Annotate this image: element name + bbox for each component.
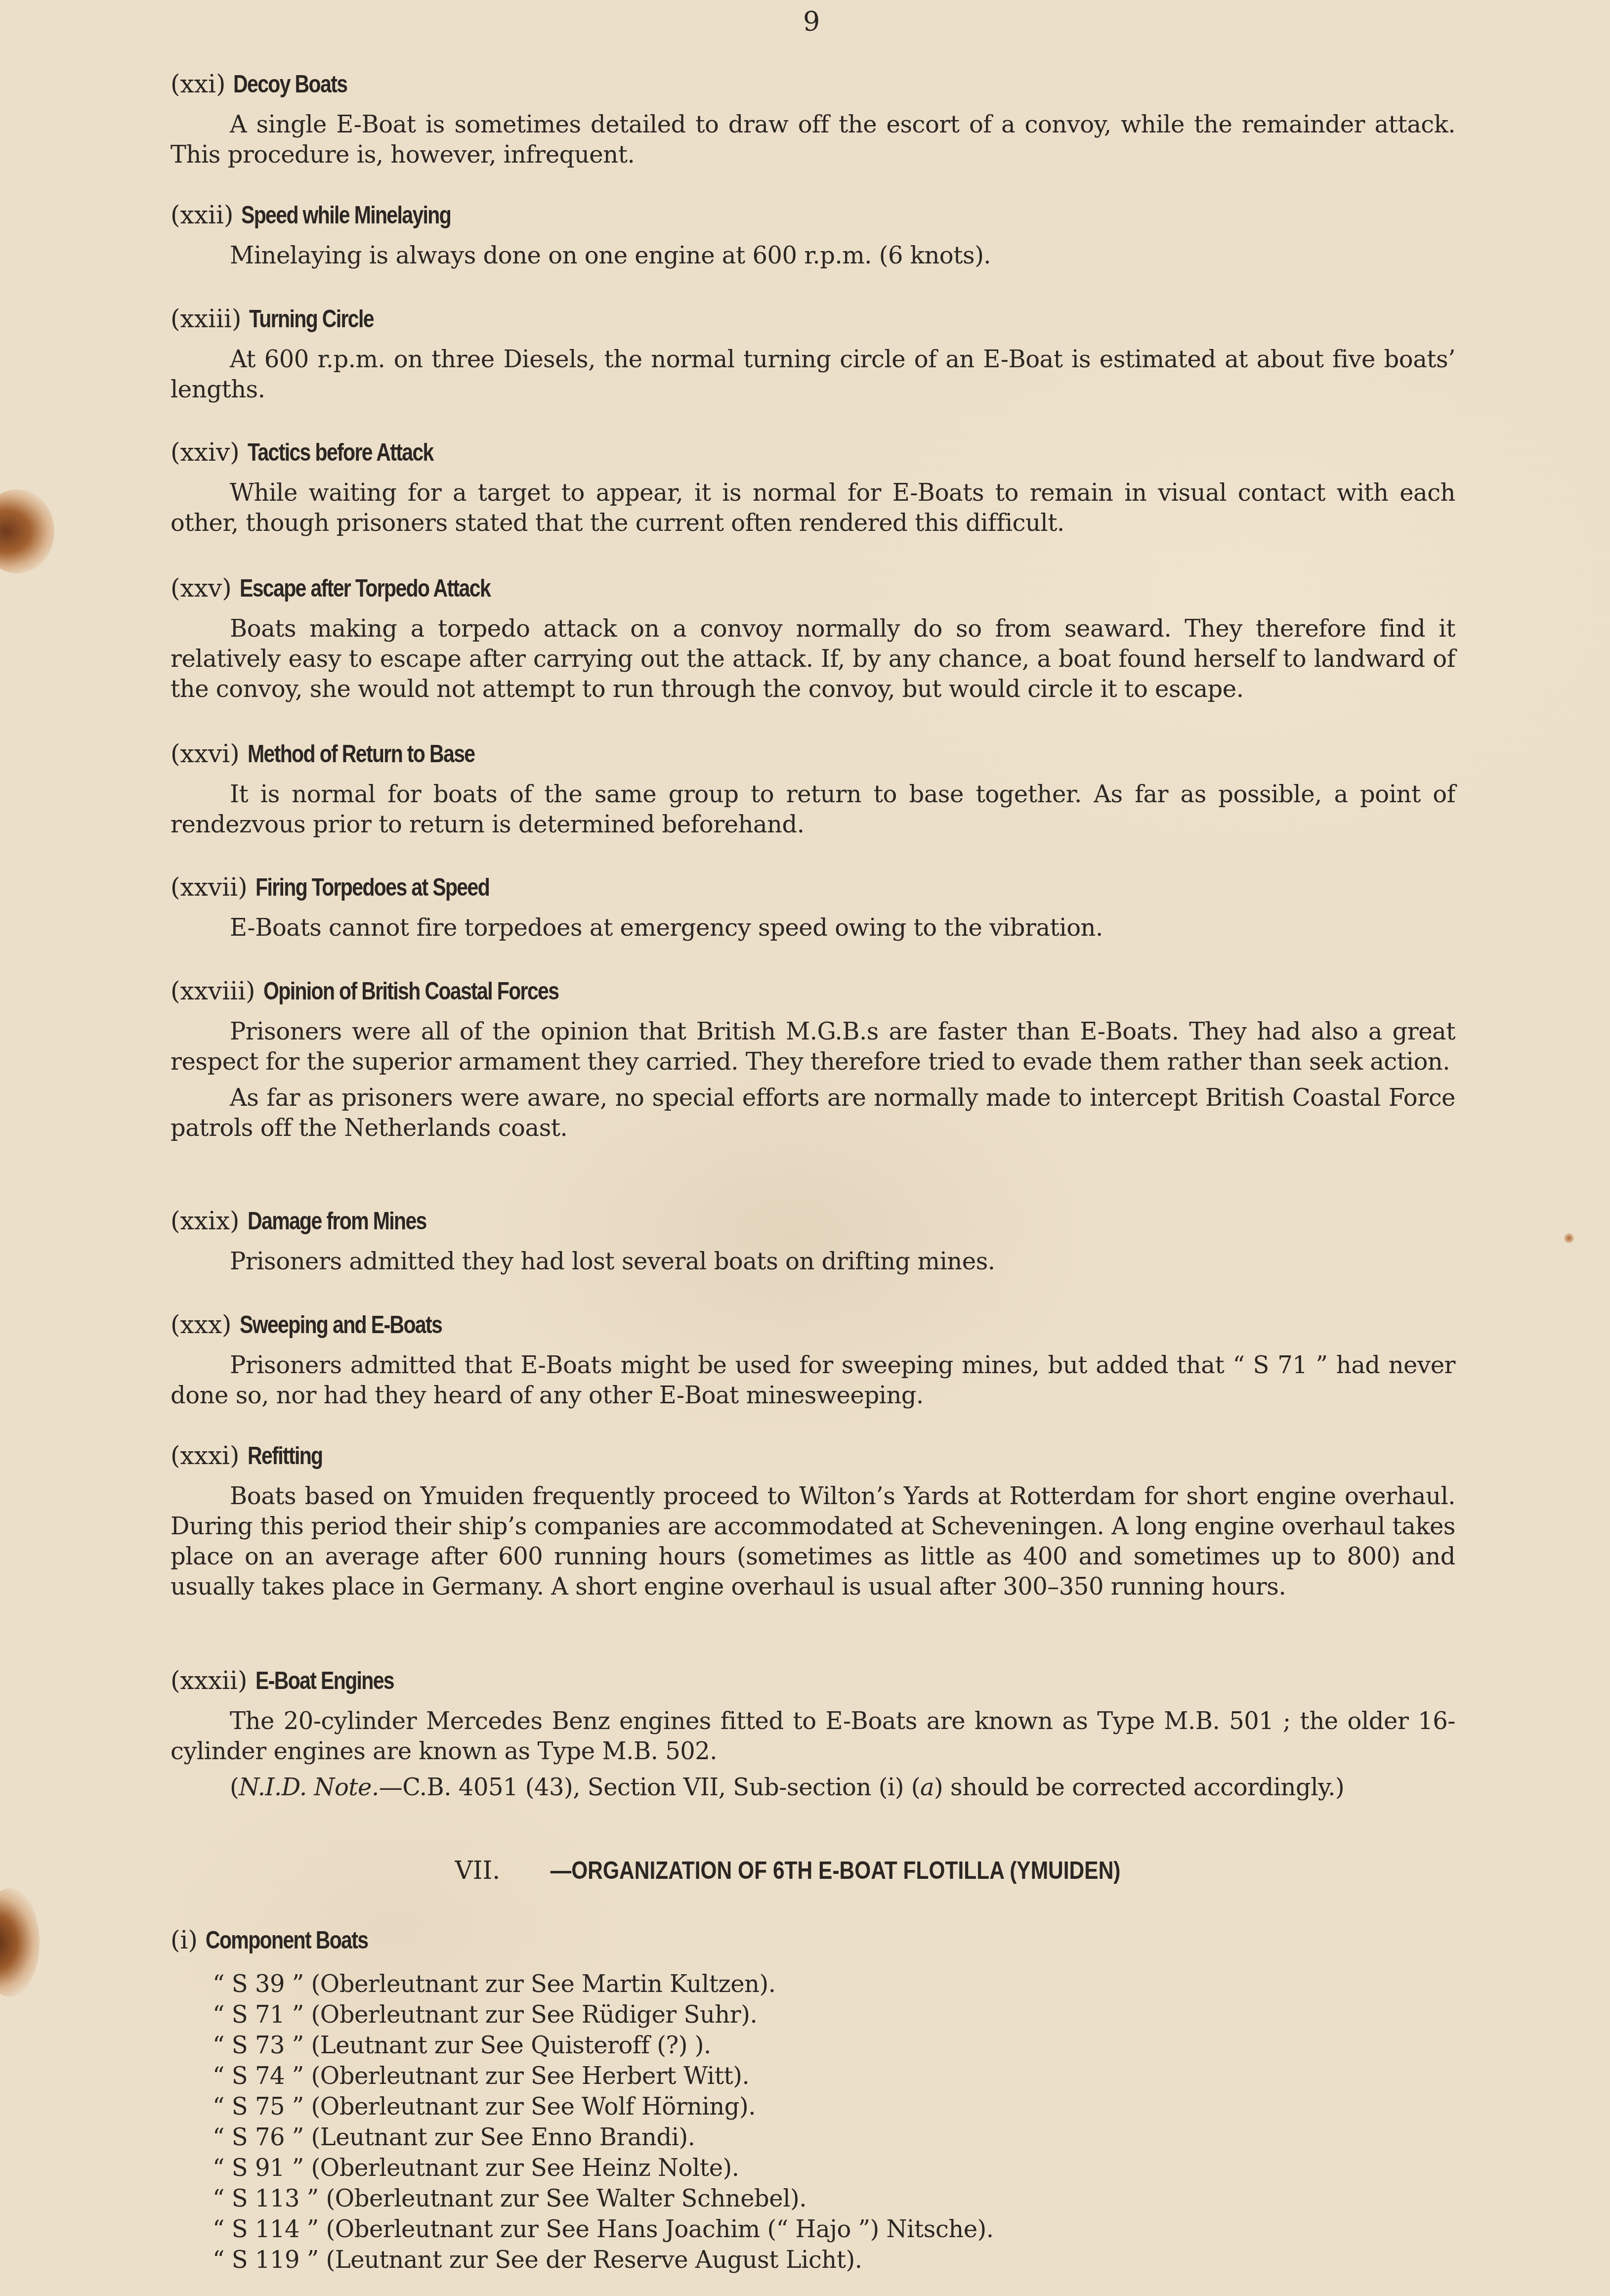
section-heading: (xxvi) Method of Return to Base xyxy=(170,739,1455,769)
section-title: Damage from Mines xyxy=(248,1206,426,1236)
section-decoy-boats: (xxi) Decoy Boats A single E-Boat is som… xyxy=(170,69,1455,170)
section-heading: (xxx) Sweeping and E-Boats xyxy=(170,1310,1455,1340)
section-number: (xxvi) xyxy=(170,739,240,768)
section-heading: (xxix) Damage from Mines xyxy=(170,1206,1455,1236)
list-item: “ S 119 ” (Leutnant zur See der Reserve … xyxy=(212,2245,1455,2275)
section-eboat-engines: (xxxii) E-Boat Engines The 20-cylinder M… xyxy=(170,1666,1455,1803)
paragraph: The 20-cylinder Mercedes Benz engines fi… xyxy=(170,1706,1455,1767)
paragraph: Prisoners admitted that E-Boats might be… xyxy=(170,1350,1455,1411)
section-heading: (xxviii) Opinion of British Coastal Forc… xyxy=(170,976,1455,1006)
section-heading: (i) Component Boats xyxy=(170,1925,1455,1955)
page-number: 9 xyxy=(803,6,820,37)
section-number: (i) xyxy=(170,1926,198,1954)
section-heading: (xxvii) Firing Torpedoes at Speed xyxy=(170,872,1455,902)
boat-list: “ S 39 ” (Oberleutnant zur See Martin Ku… xyxy=(170,1969,1455,2275)
section-heading: (xxxi) Refitting xyxy=(170,1441,1455,1471)
section-title: Opinion of British Coastal Forces xyxy=(263,976,558,1006)
section-heading: (xxv) Escape after Torpedo Attack xyxy=(170,573,1455,603)
paragraph: E-Boats cannot fire torpedoes at emergen… xyxy=(170,913,1455,943)
note-suffix: ) should be corrected accordingly.) xyxy=(934,1774,1344,1801)
section-title: Tactics before Attack xyxy=(248,437,433,467)
section-speed-minelaying: (xxii) Speed while Minelaying Minelaying… xyxy=(170,200,1455,271)
section-component-boats: (i) Component Boats “ S 39 ” (Oberleutna… xyxy=(170,1925,1455,2275)
section-title: Component Boats xyxy=(206,1925,368,1955)
section-number: (xxi) xyxy=(170,70,225,98)
section-title: Escape after Torpedo Attack xyxy=(240,573,490,603)
section-number: (xxxii) xyxy=(170,1666,248,1695)
note-label: N.I.D. Note. xyxy=(239,1774,379,1801)
section-heading: (xxi) Decoy Boats xyxy=(170,69,1455,99)
section-number: (xxiv) xyxy=(170,438,240,467)
section-number: (xxiii) xyxy=(170,304,241,333)
paragraph: Boats based on Ymuiden frequently procee… xyxy=(170,1481,1455,1602)
section-refitting: (xxxi) Refitting Boats based on Ymuiden … xyxy=(170,1441,1455,1602)
section-title: Firing Torpedoes at Speed xyxy=(255,872,489,902)
chapter-heading: VII.—ORGANIZATION OF 6TH E-BOAT FLOTILLA… xyxy=(170,1856,1455,1885)
section-title: Sweeping and E-Boats xyxy=(240,1310,442,1340)
section-damage-from-mines: (xxix) Damage from Mines Prisoners admit… xyxy=(170,1206,1455,1277)
list-item: “ S 75 ” (Oberleutnant zur See Wolf Hörn… xyxy=(212,2091,1455,2122)
section-heading: (xxiv) Tactics before Attack xyxy=(170,437,1455,467)
section-title: Decoy Boats xyxy=(233,69,347,99)
rust-stain xyxy=(0,1888,40,1997)
paragraph: It is normal for boats of the same group… xyxy=(170,780,1455,840)
paragraph: At 600 r.p.m. on three Diesels, the norm… xyxy=(170,345,1455,405)
section-turning-circle: (xxiii) Turning Circle At 600 r.p.m. on … xyxy=(170,304,1455,405)
note-text: —C.B. 4051 (43), Section VII, Sub-sectio… xyxy=(379,1774,920,1801)
section-number: (xxix) xyxy=(170,1207,240,1235)
section-firing-torpedoes: (xxvii) Firing Torpedoes at Speed E-Boat… xyxy=(170,872,1455,943)
section-number: (xxx) xyxy=(170,1310,232,1339)
section-heading: (xxxii) E-Boat Engines xyxy=(170,1666,1455,1695)
section-escape-after-torpedo-attack: (xxv) Escape after Torpedo Attack Boats … xyxy=(170,573,1455,704)
list-item: “ S 91 ” (Oberleutnant zur See Heinz Nol… xyxy=(212,2153,1455,2183)
rust-stain xyxy=(1564,1233,1574,1243)
section-sweeping-and-eboats: (xxx) Sweeping and E-Boats Prisoners adm… xyxy=(170,1310,1455,1411)
list-item: “ S 39 ” (Oberleutnant zur See Martin Ku… xyxy=(212,1969,1455,1999)
paragraph: As far as prisoners were aware, no speci… xyxy=(170,1083,1455,1143)
section-heading: (xxiii) Turning Circle xyxy=(170,304,1455,334)
note-prefix: ( xyxy=(230,1774,239,1801)
paragraph: While waiting for a target to appear, it… xyxy=(170,478,1455,538)
chapter-number: VII. xyxy=(455,1856,501,1885)
paragraph: A single E-Boat is sometimes detailed to… xyxy=(170,110,1455,170)
paragraph: Boats making a torpedo attack on a convo… xyxy=(170,614,1455,704)
list-item: “ S 76 ” (Leutnant zur See Enno Brandi). xyxy=(212,2122,1455,2153)
paragraph: Prisoners admitted they had lost several… xyxy=(170,1247,1455,1277)
section-number: (xxii) xyxy=(170,201,233,229)
section-number: (xxviii) xyxy=(170,977,255,1005)
list-item: “ S 73 ” (Leutnant zur See Quisteroff (?… xyxy=(212,2030,1455,2061)
list-item: “ S 74 ” (Oberleutnant zur See Herbert W… xyxy=(212,2061,1455,2091)
list-item: “ S 114 ” (Oberleutnant zur See Hans Joa… xyxy=(212,2214,1455,2245)
section-number: (xxvii) xyxy=(170,873,248,902)
list-item: “ S 113 ” (Oberleutnant zur See Walter S… xyxy=(212,2183,1455,2214)
section-title: Speed while Minelaying xyxy=(241,200,451,230)
section-tactics-before-attack: (xxiv) Tactics before Attack While waiti… xyxy=(170,437,1455,538)
note-subsection-letter: a xyxy=(920,1774,934,1801)
section-opinion-british-coastal-forces: (xxviii) Opinion of British Coastal Forc… xyxy=(170,976,1455,1143)
section-method-of-return: (xxvi) Method of Return to Base It is no… xyxy=(170,739,1455,840)
paragraph: Minelaying is always done on one engine … xyxy=(170,241,1455,271)
rust-stain xyxy=(0,489,54,573)
section-title: Method of Return to Base xyxy=(248,739,474,769)
section-number: (xxxi) xyxy=(170,1441,240,1470)
paragraph: Prisoners were all of the opinion that B… xyxy=(170,1017,1455,1077)
chapter-title: —ORGANIZATION OF 6TH E-BOAT FLOTILLA (YM… xyxy=(551,1856,1121,1885)
section-heading: (xxii) Speed while Minelaying xyxy=(170,200,1455,230)
section-number: (xxv) xyxy=(170,574,232,603)
section-title: E-Boat Engines xyxy=(255,1666,394,1695)
section-title: Refitting xyxy=(248,1441,322,1471)
list-item: “ S 71 ” (Oberleutnant zur See Rüdiger S… xyxy=(212,1999,1455,2030)
nid-note: (N.I.D. Note.—C.B. 4051 (43), Section VI… xyxy=(170,1773,1455,1803)
section-title: Turning Circle xyxy=(249,304,374,334)
